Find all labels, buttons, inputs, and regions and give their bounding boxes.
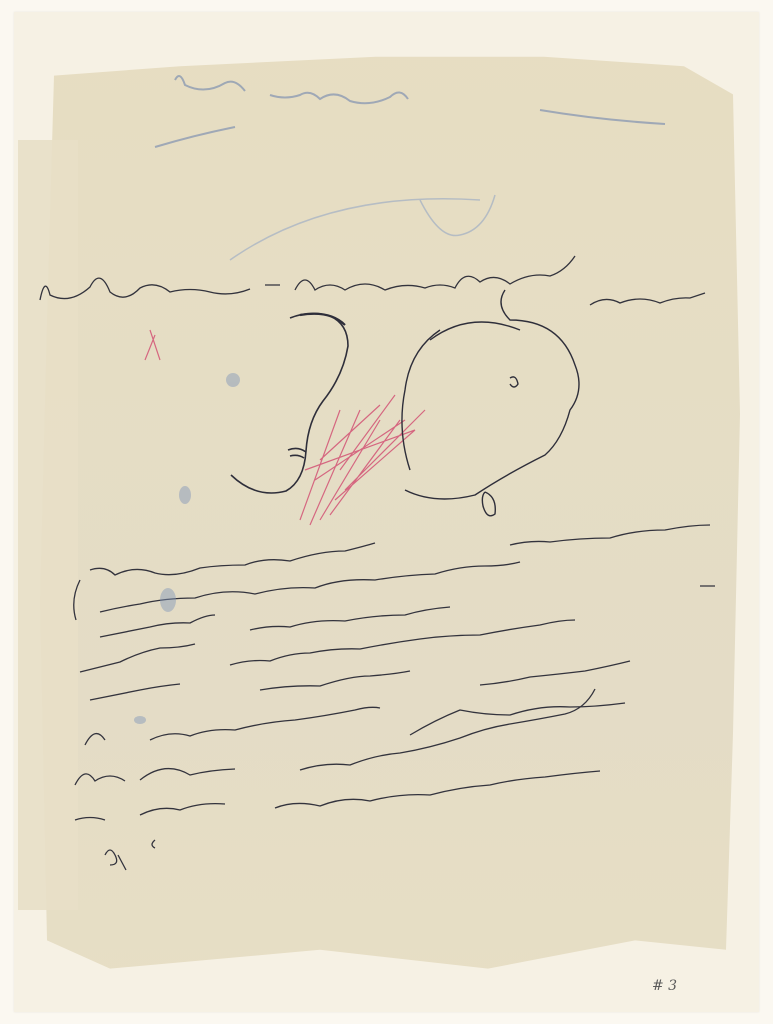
head-profile-left xyxy=(231,313,348,493)
faint-top-writing xyxy=(155,76,665,147)
handwritten-text xyxy=(40,256,715,870)
head-profile-right xyxy=(402,290,579,516)
drawing-layer xyxy=(0,0,773,1024)
page-number-label: # 3 xyxy=(652,978,677,994)
